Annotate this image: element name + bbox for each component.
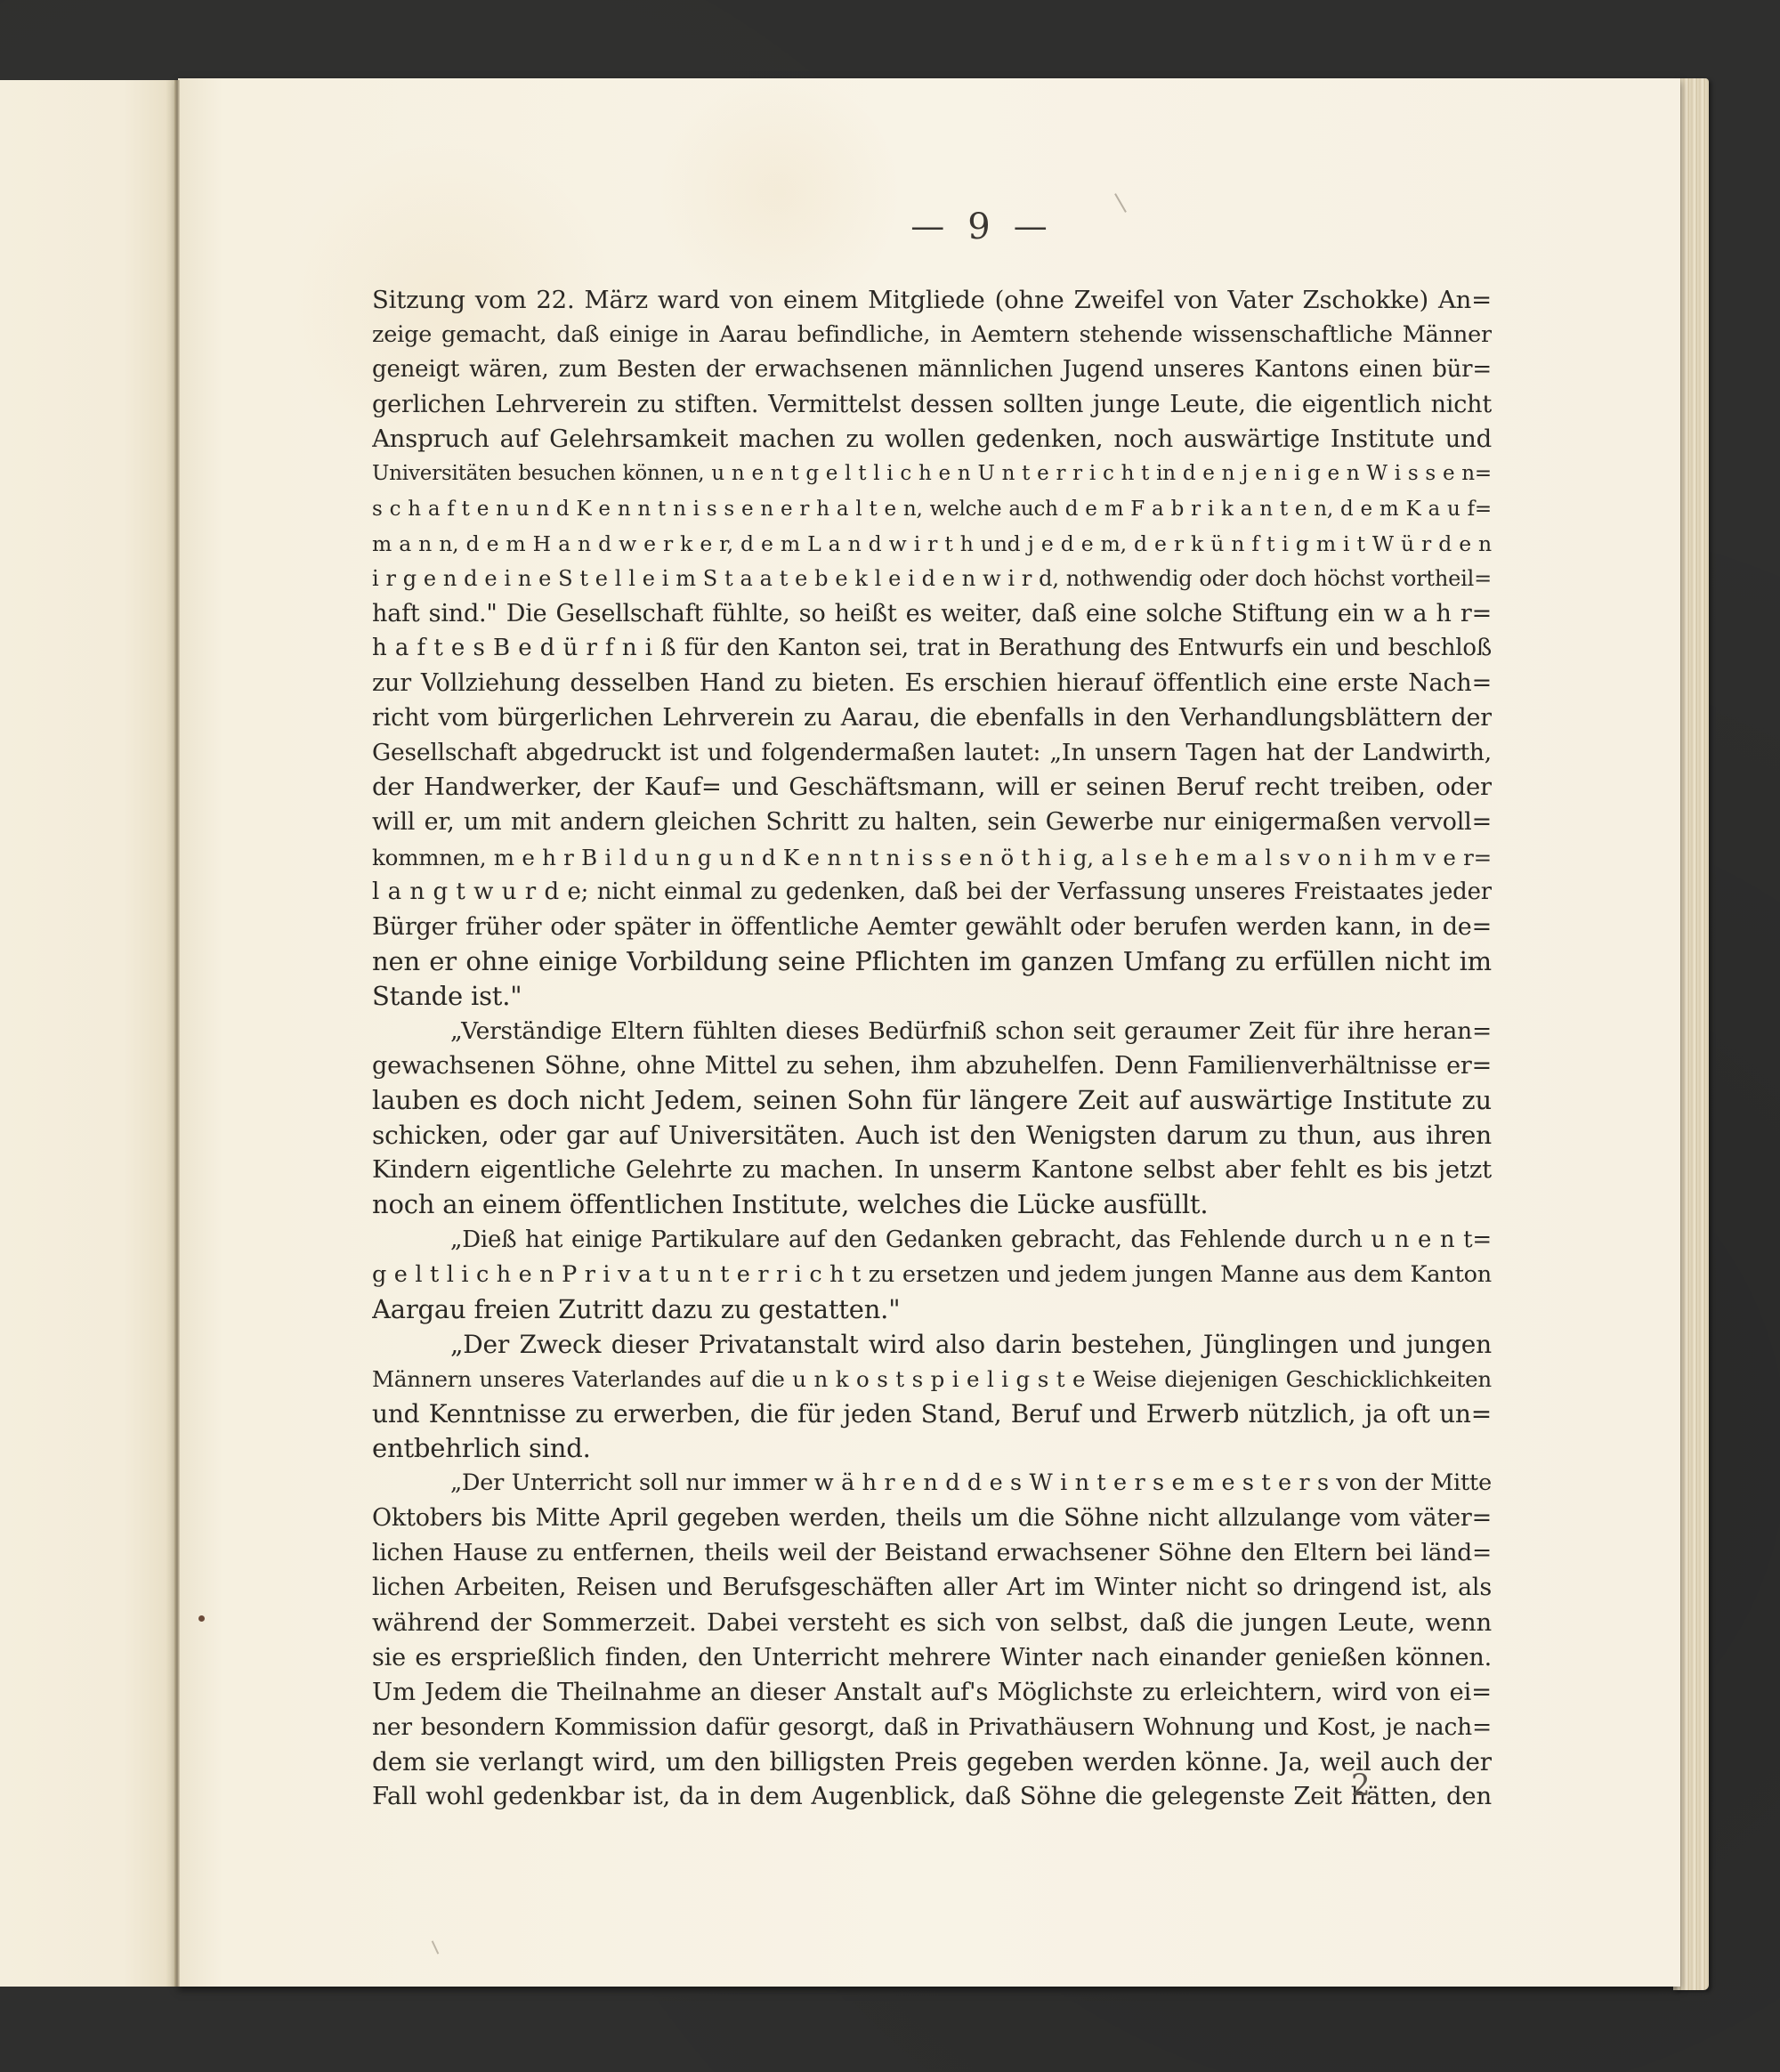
text-line: g e l t l i c h e n P r i v a t u n t e … xyxy=(372,1258,1492,1292)
text-line: m a n n, d e m H a n d w e r k e r, d e … xyxy=(372,527,1492,562)
text-line: „Dieß hat einige Partikulare auf den Ged… xyxy=(372,1223,1492,1258)
text-line: will er, um mit andern gleichen Schritt … xyxy=(372,805,1492,839)
book-gutter xyxy=(174,80,180,1987)
text-line: Kindern eigentliche Gelehrte zu machen. … xyxy=(372,1153,1492,1187)
signature-mark: 2 xyxy=(1351,1768,1371,1803)
text-line: und Kenntnisse zu erwerben, die für jede… xyxy=(372,1396,1492,1431)
text-line: nen er ohne einige Vorbildung seine Pfli… xyxy=(372,944,1492,979)
text-line: l a n g t w u r d e; nicht einmal zu ged… xyxy=(372,875,1492,910)
text-line: „Der Unterricht soll nur immer w ä h r e… xyxy=(372,1466,1492,1501)
text-line: s c h a f t e n u n d K e n n t n i s s … xyxy=(372,492,1492,527)
page-header: — 9 — xyxy=(0,206,1780,247)
text-line: ner besondern Kommission dafür gesorgt, … xyxy=(372,1710,1492,1744)
header-dash-left: — xyxy=(910,206,944,247)
text-line: gewachsenen Söhne, ohne Mittel zu sehen,… xyxy=(372,1048,1492,1083)
text-line: Universitäten besuchen können, u n e n t… xyxy=(372,457,1492,491)
text-line: Aargau freien Zutritt dazu zu gestatten.… xyxy=(372,1292,1492,1327)
text-line: der Handwerker, der Kauf= und Geschäftsm… xyxy=(372,770,1492,805)
text-line: Anspruch auf Gelehrsamkeit machen zu wol… xyxy=(372,422,1492,457)
text-line: schicken, oder gar auf Universitäten. Au… xyxy=(372,1118,1492,1153)
text-line: lichen Hause zu entfernen, theils weil d… xyxy=(372,1535,1492,1570)
text-line: lichen Arbeiten, Reisen und Berufsgeschä… xyxy=(372,1570,1492,1605)
header-dash-right: — xyxy=(1014,206,1048,247)
text-line: gerlichen Lehrverein zu stiften. Vermitt… xyxy=(372,387,1492,422)
text-line: geneigt wären, zum Besten der erwachsene… xyxy=(372,352,1492,387)
ink-speck xyxy=(198,1615,205,1622)
text-line: entbehrlich sind. xyxy=(372,1431,1492,1466)
text-line: richt vom bürgerlichen Lehrverein zu Aar… xyxy=(372,700,1492,735)
text-line: Sitzung vom 22. März ward von einem Mitg… xyxy=(372,283,1492,318)
text-line: h a f t e s B e d ü r f n i ß für den Ka… xyxy=(372,631,1492,666)
text-line: zeige gemacht, daß einige in Aarau befin… xyxy=(372,318,1492,352)
body-text: Sitzung vom 22. März ward von einem Mitg… xyxy=(372,283,1492,1814)
text-line: sie es ersprießlich finden, den Unterric… xyxy=(372,1640,1492,1675)
text-line: Bürger früher oder später in öffentliche… xyxy=(372,910,1492,944)
text-line: „Verständige Eltern fühlten dieses Bedür… xyxy=(372,1014,1492,1048)
text-line: Stande ist." xyxy=(372,979,1492,1014)
text-line: während der Sommerzeit. Dabei versteht e… xyxy=(372,1606,1492,1640)
text-line: Oktobers bis Mitte April gegeben werden,… xyxy=(372,1501,1492,1535)
text-line: kommnen, m e h r B i l d u n g u n d K e… xyxy=(372,840,1492,875)
text-line: Fall wohl gedenkbar ist, da in dem Augen… xyxy=(372,1779,1492,1814)
text-line: Männern unseres Vaterlandes auf die u n … xyxy=(372,1362,1492,1396)
text-line: i r g e n d e i n e S t e l l e i m S t … xyxy=(372,562,1492,596)
text-line: lauben es doch nicht Jedem, seinen Sohn … xyxy=(372,1083,1492,1118)
left-page-edge xyxy=(0,80,176,1987)
text-line: haft sind." Die Gesellschaft fühlte, so … xyxy=(372,596,1492,631)
page-number: 9 xyxy=(967,206,990,247)
text-line: Gesellschaft abgedruckt ist und folgende… xyxy=(372,735,1492,770)
text-line: Um Jedem die Theilnahme an dieser Anstal… xyxy=(372,1675,1492,1710)
text-line: zur Vollziehung desselben Hand zu bieten… xyxy=(372,666,1492,700)
text-line: noch an einem öffentlichen Institute, we… xyxy=(372,1187,1492,1222)
text-line: dem sie verlangt wird, um den billigsten… xyxy=(372,1744,1492,1779)
text-line: „Der Zweck dieser Privatanstalt wird als… xyxy=(372,1327,1492,1362)
